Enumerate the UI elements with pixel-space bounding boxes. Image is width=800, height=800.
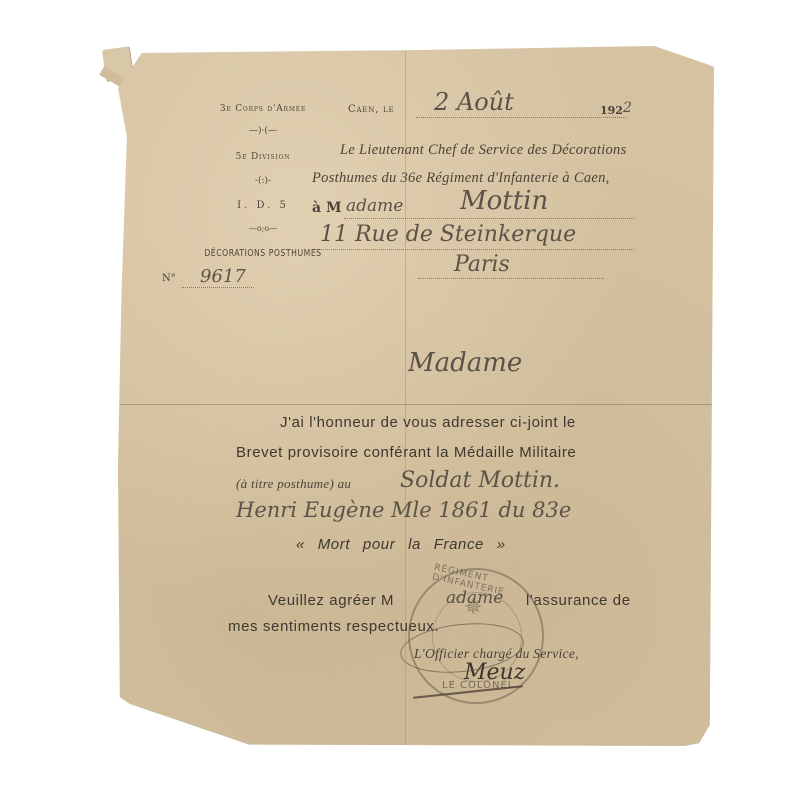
number-label: N° — [162, 273, 176, 284]
recipient-name: Mottin — [460, 186, 548, 216]
date-place: Caen, le — [348, 104, 394, 115]
greeting: Madame — [408, 348, 522, 378]
sender-line-2: Posthumes du 36e Régiment d'Infanterie à… — [312, 170, 610, 187]
body-line-4-handwritten: Henri Eugène Mle 1861 du 83e — [236, 498, 571, 522]
document-paper: 3e Corps d'Armée —)·(— 5e Division -(:)-… — [118, 46, 714, 746]
date-handwritten: 2 Août — [434, 88, 514, 116]
body-line-2: Brevet provisoire conférant la Médaille … — [236, 444, 576, 461]
address-underline-2 — [418, 278, 604, 279]
address-underline-1 — [312, 249, 634, 250]
recipient-salutation: adame — [346, 196, 403, 216]
body-line-1: J'ai l'honneur de vous adresser ci-joint… — [280, 414, 576, 431]
recipient-address-2: Paris — [454, 252, 510, 277]
recipient-underline — [344, 218, 634, 219]
number-underline — [182, 287, 254, 288]
seal-star-icon: ✵ — [464, 594, 482, 620]
recipient-address-1: 11 Rue de Steinkerque — [320, 222, 576, 247]
body-line-5: « Mort pour la France » — [296, 536, 506, 553]
number-value: 9617 — [200, 266, 246, 287]
body-line-3-handwritten: Soldat Mottin. — [400, 468, 560, 493]
body-line-3-printed: (à titre posthume) au — [236, 476, 351, 492]
date-year-handwritten: 2 — [623, 100, 632, 116]
sender-line-1: Le Lieutenant Chef de Service des Décora… — [340, 142, 627, 159]
recipient-prefix: à M — [312, 200, 341, 216]
signature-handwritten: Meuz — [464, 660, 525, 685]
separator-1: —)·(— — [118, 126, 408, 136]
date-underline — [416, 117, 626, 118]
closing-line-1-before: Veuillez agréer M — [268, 592, 394, 609]
closing-line-1-after: l'assurance de — [526, 592, 631, 609]
date-year-printed: 192 — [600, 104, 623, 117]
horizontal-fold — [118, 404, 714, 405]
